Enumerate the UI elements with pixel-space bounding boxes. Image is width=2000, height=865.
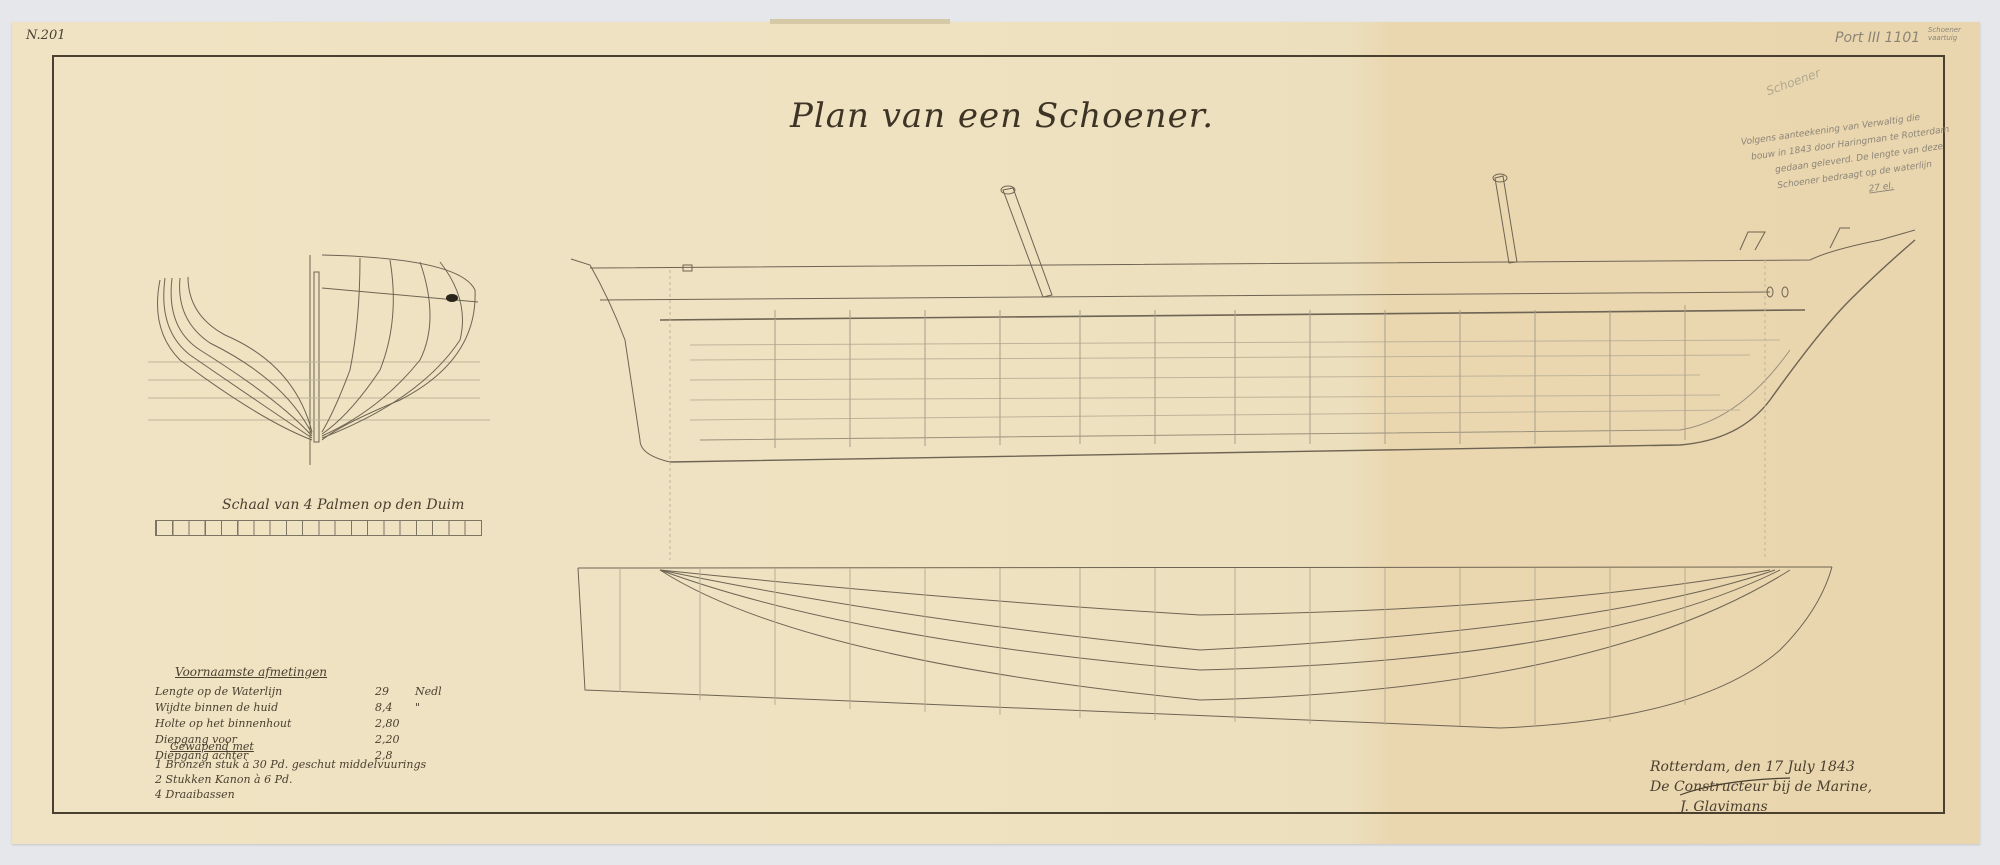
- table-row: Lengte op de Waterlijn 29 Nedl: [155, 685, 442, 701]
- row-value: 29: [375, 685, 415, 701]
- body-plan: [148, 255, 490, 465]
- row-label: Wijdte binnen de huid: [155, 701, 375, 717]
- sheer-plan: [571, 174, 1915, 560]
- place-date: Rotterdam, den 17 July 1843: [1650, 757, 1872, 777]
- table-row: Holte op het binnenhout 2,80: [155, 717, 442, 733]
- row-value: 8,4: [375, 701, 415, 717]
- list-item: 2 Stukken Kanon à 6 Pd.: [155, 773, 426, 788]
- signer-role: De Constructeur bij de Marine,: [1650, 777, 1872, 797]
- armament-heading: Gewapend met: [170, 740, 426, 755]
- table-row: Wijdte binnen de huid 8,4 ": [155, 701, 442, 717]
- list-item: 4 Draaibassen: [155, 788, 426, 803]
- row-label: Lengte op de Waterlijn: [155, 685, 375, 701]
- half-breadth-plan: [578, 567, 1832, 728]
- row-value: 2,80: [375, 717, 415, 733]
- signer-name: J. Glavimans: [1680, 797, 1872, 817]
- signature-block: Rotterdam, den 17 July 1843 De Construct…: [1650, 757, 1872, 817]
- row-unit: ": [415, 701, 420, 717]
- list-item: 1 Bronzen stuk à 30 Pd. geschut middelvu…: [155, 758, 426, 773]
- scale-bar: [155, 520, 482, 536]
- dimensions-heading: Voornaamste afmetingen: [175, 665, 442, 679]
- armament-list: Gewapend met 1 Bronzen stuk à 30 Pd. ges…: [155, 740, 426, 803]
- row-label: Holte op het binnenhout: [155, 717, 375, 733]
- row-unit: Nedl: [415, 685, 442, 701]
- scale-label: Schaal van 4 Palmen op den Duim: [222, 497, 464, 513]
